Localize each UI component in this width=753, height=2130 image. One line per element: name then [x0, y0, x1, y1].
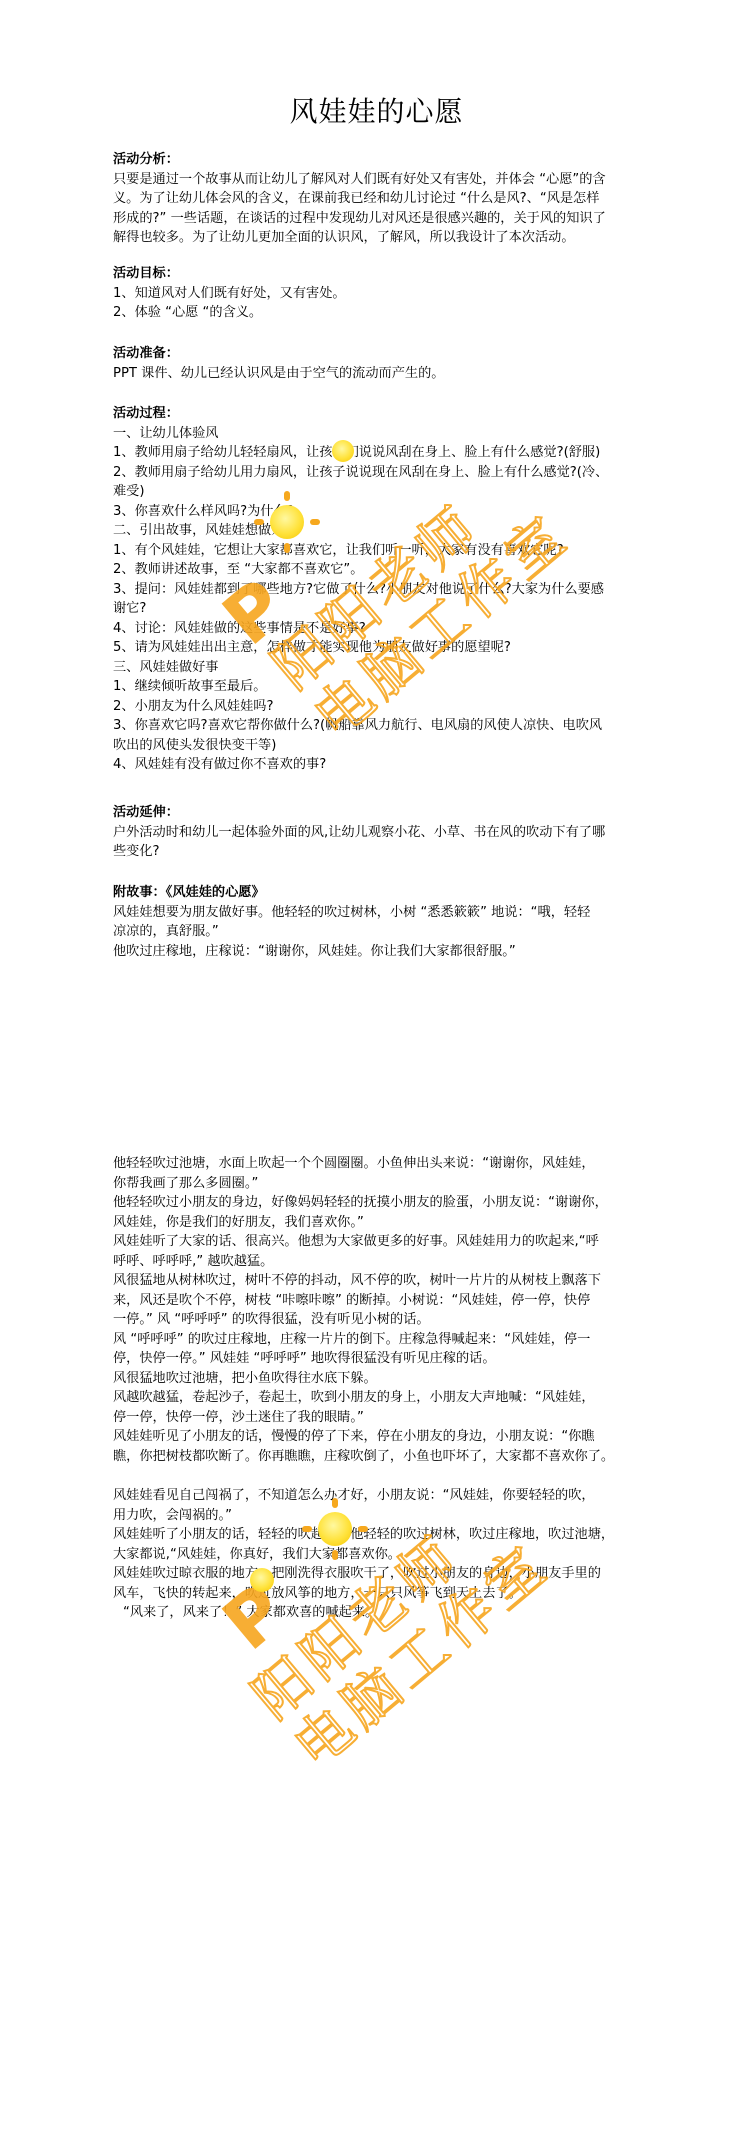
sun-icon — [318, 1512, 352, 1546]
text-line: 你帮我画了那么多圆圈。” — [113, 1174, 673, 1194]
text-line: 4、讨论：风娃娃做的这些事情是不是好事? — [113, 619, 673, 639]
text-line: 风很猛地从树林吹过，树叶不停的抖动，风不停的吹，树叶一片片的从树枝上飘落下 — [113, 1271, 673, 1291]
text-line: 风很猛地吹过池塘，把小鱼吹得往水底下躲。 — [113, 1369, 673, 1389]
text-line: 凉凉的，真舒服。” — [113, 922, 673, 942]
section-analysis: 活动分析： 只要是通过一个故事从而让幼儿了解风对人们既有好处又有害处，并体会 “… — [113, 150, 673, 248]
text-line: 4、风娃娃有没有做过你不喜欢的事? — [113, 755, 673, 775]
text-line: 风车，飞快的转起来，吹过放风筝的地方，一只只风筝飞到天上去了。 — [113, 1584, 673, 1604]
document-page: 风娃娃的心愿 活动分析： 只要是通过一个故事从而让幼儿了解风对人们既有好处又有害… — [0, 0, 753, 2130]
text-line: 2、体验 “心愿 “的含义。 — [113, 303, 673, 323]
section-heading: 活动准备： — [113, 344, 673, 364]
section-heading: 活动过程： — [113, 404, 673, 424]
text-line: 3、你喜欢它吗?喜欢它帮你做什么?(帆船靠风力航行、电风扇的风使人凉快、电吹风 — [113, 716, 673, 736]
text-line: 一停。” 风 “呼呼呼” 的吹得很猛，没有听见小树的话。 — [113, 1310, 673, 1330]
text-line: 三、风娃娃做好事 — [113, 658, 673, 678]
text-line: 风娃娃，你是我们的好朋友，我们喜欢你。” — [113, 1213, 673, 1233]
text-line: 户外活动时和幼儿一起体验外面的风,让幼儿观察小花、小草、书在风的吹动下有了哪 — [113, 823, 673, 843]
text-line: 停一停，快停一停，沙土迷住了我的眼睛。” — [113, 1408, 673, 1428]
text-line: 3、你喜欢什么样风吗?为什么? — [113, 502, 673, 522]
text-line: 风娃娃看见自己闯祸了，不知道怎么办才好，小朋友说：“风娃娃，你要轻轻的吹， — [113, 1486, 673, 1506]
text-line: 义。为了让幼儿体会风的含义，在课前我已经和幼儿讨论过 “什么是风?、“风是怎样 — [113, 189, 673, 209]
text-line: 吹出的风使头发很快变干等) — [113, 736, 673, 756]
text-line: 瞧，你把树枝都吹断了。你再瞧瞧，庄稼吹倒了，小鱼也吓坏了，大家都不喜欢你了。 — [113, 1447, 673, 1467]
text-line: 他轻轻吹过池塘，水面上吹起一个个圆圈圈。小鱼伸出头来说：“谢谢你，风娃娃， — [113, 1154, 673, 1174]
text-line: 用力吹，会闯祸的。” — [113, 1506, 673, 1526]
text-line: 3、提问：风娃娃都到了哪些地方?它做了什么?小朋友对他说了什么?大家为什么要感 — [113, 580, 673, 600]
sun-icon — [332, 440, 354, 462]
section-heading: 活动目标： — [113, 264, 673, 284]
text-line: 他轻轻吹过小朋友的身边，好像妈妈轻轻的抚摸小朋友的脸蛋，小朋友说：“谢谢你， — [113, 1193, 673, 1213]
sun-icon — [250, 1568, 274, 1592]
text-line: 风娃娃想要为朋友做好事。他轻轻的吹过树林，小树 “悉悉簌簌” 地说：“哦，轻轻 — [113, 903, 673, 923]
text-line: 风娃娃听见了小朋友的话，慢慢的停了下来，停在小朋友的身边，小朋友说：“你瞧 — [113, 1427, 673, 1447]
text-line: 来，风还是吹个不停，树枝 “咔嚓咔嚓” 的断掉。小树说：“风娃娃，停一停，快停 — [113, 1291, 673, 1311]
text-line: 解得也较多。为了让幼儿更加全面的认识风，了解风，所以我设计了本次活动。 — [113, 228, 673, 248]
text-line: 2、小朋友为什么风娃娃吗? — [113, 697, 673, 717]
text-line: 风娃娃听了大家的话、很高兴。他想为大家做更多的好事。风娃娃用力的吹起来,“呼 — [113, 1232, 673, 1252]
section-preparation: 活动准备： PPT 课件、幼儿已经认识风是由于空气的流动而产生的。 — [113, 344, 673, 383]
text-line: 1、教师用扇子给幼儿轻轻扇风，让孩子们说说风刮在身上、脸上有什么感觉?(舒服) — [113, 443, 673, 463]
text-line: 只要是通过一个故事从而让幼儿了解风对人们既有好处又有害处，并体会 “心愿”的含 — [113, 170, 673, 190]
section-heading: 活动延伸： — [113, 803, 673, 823]
story-ending: 风娃娃看见自己闯祸了，不知道怎么办才好，小朋友说：“风娃娃，你要轻轻的吹， 用力… — [113, 1486, 673, 1623]
text-line: 些变化? — [113, 842, 673, 862]
text-line: 1、继续倾听故事至最后。 — [113, 677, 673, 697]
text-line: 二、引出故事，风娃娃想做好事 — [113, 521, 673, 541]
text-line: 形成的?” 一些话题，在谈话的过程中发现幼儿对风还是很感兴趣的，关于风的知识了 — [113, 209, 673, 229]
sun-icon — [270, 505, 304, 539]
text-line: 大家都说,“风娃娃，你真好，我们大家都喜欢你。 — [113, 1545, 673, 1565]
text-line: 5、请为风娃娃出出主意，怎样做才能实现他为朋友做好事的愿望呢? — [113, 638, 673, 658]
section-process: 活动过程： 一、让幼儿体验风 1、教师用扇子给幼儿轻轻扇风，让孩子们说说风刮在身… — [113, 404, 673, 775]
text-line: 2、教师讲述故事，至 “大家都不喜欢它”。 — [113, 560, 673, 580]
text-line: 风 “呼呼呼” 的吹过庄稼地，庄稼一片片的倒下。庄稼急得喊起来：“风娃娃，停一 — [113, 1330, 673, 1350]
text-line: 2、教师用扇子给幼儿用力扇风，让孩子说说现在风刮在身上、脸上有什么感觉?(冷、 — [113, 463, 673, 483]
text-line: 谢它? — [113, 599, 673, 619]
section-extension: 活动延伸： 户外活动时和幼儿一起体验外面的风,让幼儿观察小花、小草、书在风的吹动… — [113, 803, 673, 862]
section-story: 附故事：《风娃娃的心愿》 风娃娃想要为朋友做好事。他轻轻的吹过树林，小树 “悉悉… — [113, 883, 673, 961]
section-heading: 附故事：《风娃娃的心愿》 — [113, 883, 673, 903]
section-heading: 活动分析： — [113, 150, 673, 170]
section-goals: 活动目标： 1、知道风对人们既有好处，又有害处。 2、体验 “心愿 “的含义。 — [113, 264, 673, 323]
text-line: 1、知道风对人们既有好处，又有害处。 — [113, 284, 673, 304]
text-line: 风越吹越猛，卷起沙子，卷起土，吹到小朋友的身上，小朋友大声地喊：“风娃娃， — [113, 1388, 673, 1408]
text-line: 风娃娃听了小朋友的话，轻轻的吹起来，他轻轻的吹过树林，吹过庄稼地，吹过池塘， — [113, 1525, 673, 1545]
text-line: “风来了，风来了！” 大家都欢喜的喊起来。 — [113, 1603, 673, 1623]
page-title: 风娃娃的心愿 — [0, 96, 753, 128]
text-line: 风娃娃吹过晾衣服的地方，把刚洗得衣服吹干了，吹过小朋友的身边，小朋友手里的 — [113, 1564, 673, 1584]
text-line: 他吹过庄稼地，庄稼说：“谢谢你，风娃娃。你让我们大家都很舒服。” — [113, 942, 673, 962]
text-line: 一、让幼儿体验风 — [113, 424, 673, 444]
text-line: 难受) — [113, 482, 673, 502]
text-line: 停，快停一停。” 风娃娃 “呼呼呼” 地吹得很猛没有听见庄稼的话。 — [113, 1349, 673, 1369]
text-line: PPT 课件、幼儿已经认识风是由于空气的流动而产生的。 — [113, 364, 673, 384]
story-continued: 他轻轻吹过池塘，水面上吹起一个个圆圈圈。小鱼伸出头来说：“谢谢你，风娃娃， 你帮… — [113, 1154, 673, 1466]
text-line: 呼呼、呼呼呼,” 越吹越猛。 — [113, 1252, 673, 1272]
text-line: 1、有个风娃娃，它想让大家都喜欢它，让我们听一听，大家有没有喜欢它呢? — [113, 541, 673, 561]
